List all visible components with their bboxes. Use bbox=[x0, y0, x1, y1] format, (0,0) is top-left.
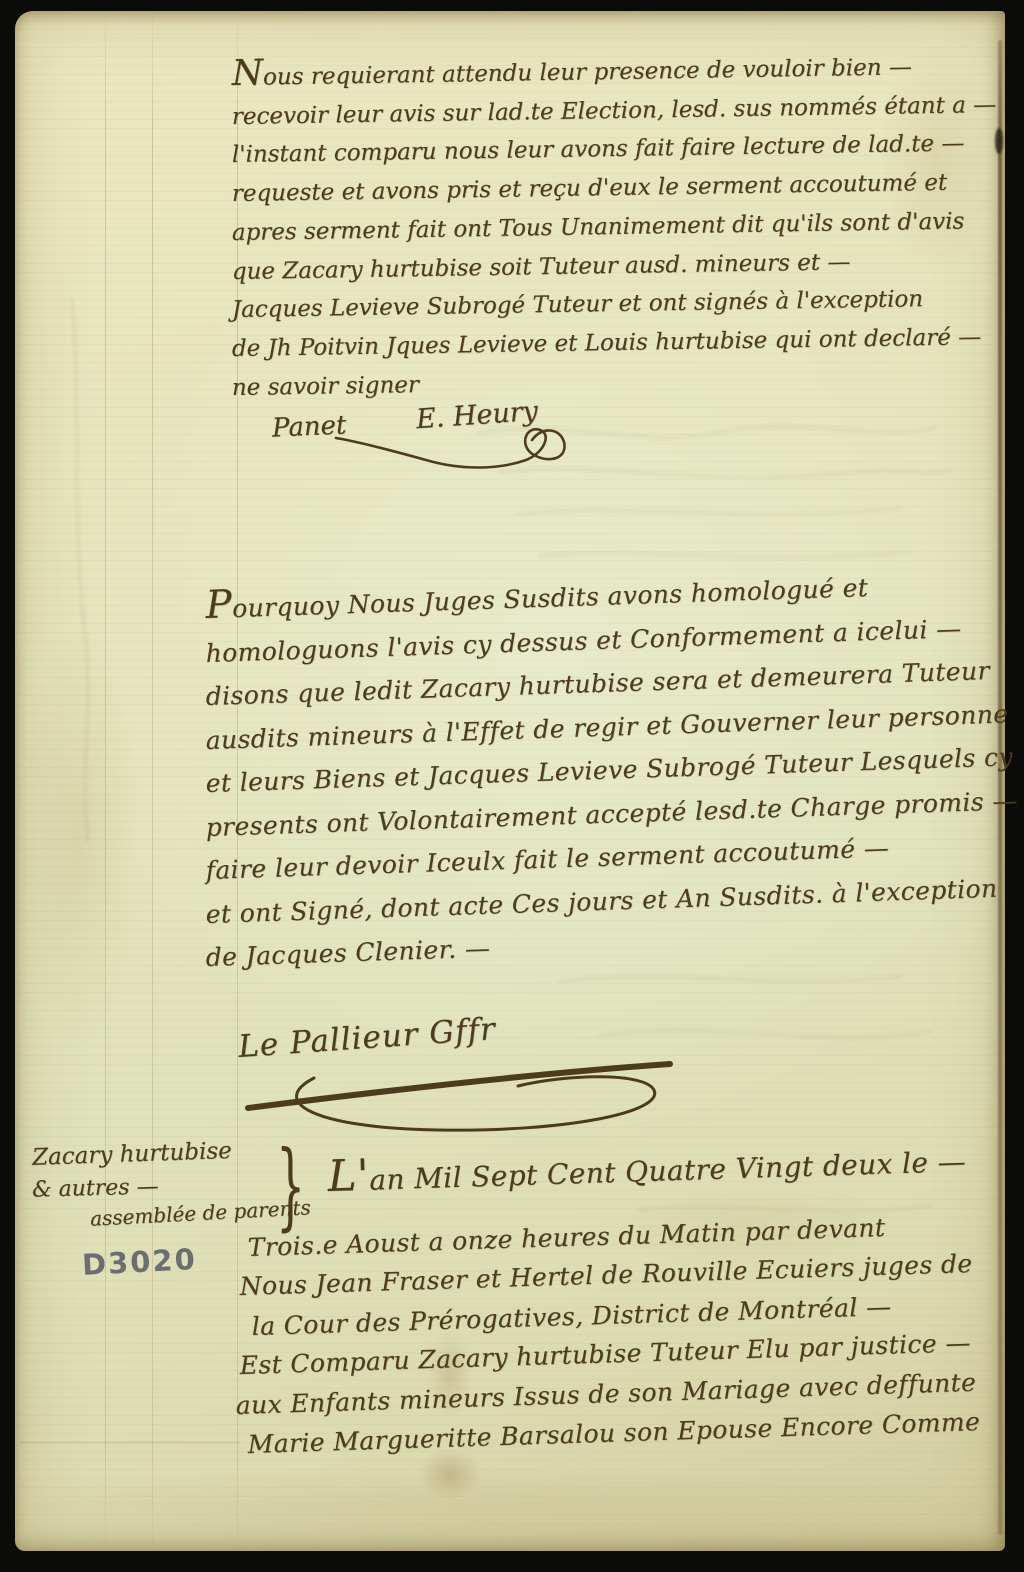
paragraph-comparution-1782: L'an Mil Sept Cent Quatre Vingt deux le … bbox=[240, 1158, 981, 1465]
manuscript-line: L'an Mil Sept Cent Quatre Vingt deux le … bbox=[327, 1138, 981, 1202]
archival-code: D3020 bbox=[81, 1242, 197, 1282]
manuscript-content: Nous requierant attendu leur presence de… bbox=[0, 0, 1024, 1572]
paragraph-homologation-request: Nous requierant attendu leur presence de… bbox=[232, 55, 996, 407]
clerk-paraph-flourish bbox=[238, 1048, 688, 1143]
signature-flourish bbox=[330, 420, 570, 480]
manuscript-scan: Nous requierant attendu leur presence de… bbox=[0, 0, 1024, 1572]
paragraph-homologation-judgment: Pourquoy Nous Juges Susdits avons homolo… bbox=[206, 584, 1018, 980]
